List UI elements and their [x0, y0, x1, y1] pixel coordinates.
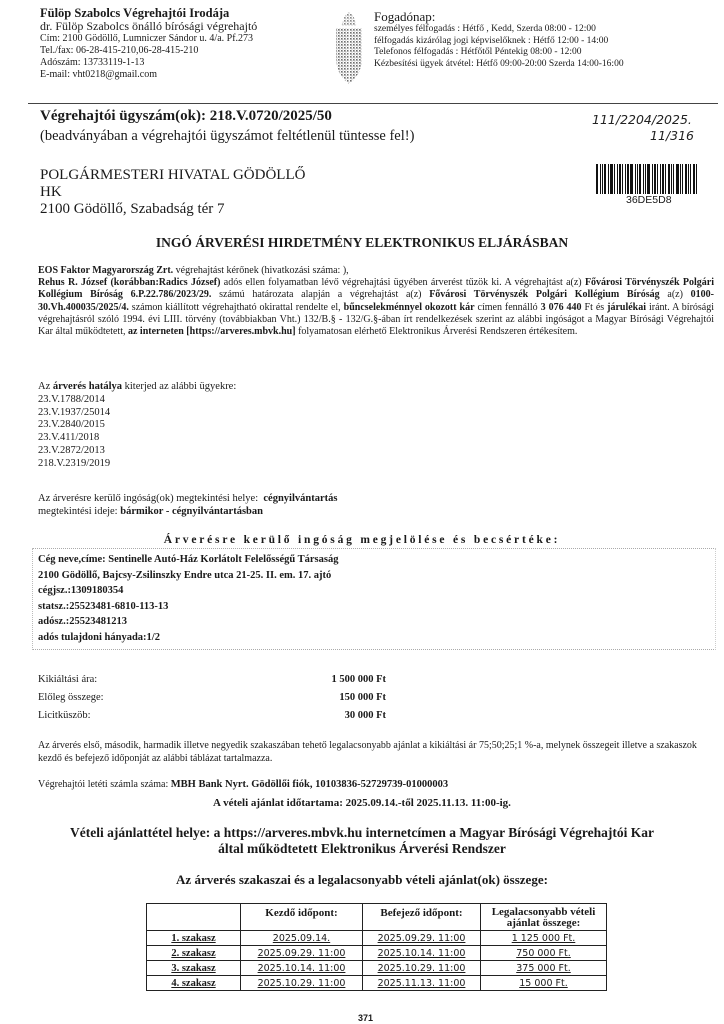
col-header-stage: [147, 904, 241, 931]
scope-case: 23.V.1788/2014: [38, 394, 236, 407]
office-phone: Tel./fax: 06-28-415-210,06-28-415-210: [40, 45, 310, 57]
stage-name: 1. szakasz: [147, 931, 241, 946]
auction-scope: Az árverés hatálya kiterjed az alábbi üg…: [38, 381, 236, 471]
scope-lead-text: Az: [38, 381, 53, 392]
stage-table-body: 1. szakasz2025.09.14.2025.09.29. 11:001 …: [147, 931, 607, 991]
reception-line: személyes félfogadás : Hétfő , Kedd, Sze…: [374, 24, 724, 36]
inspection-place-label: Az árverésre kerülő ingóság(ok) megtekin…: [38, 493, 258, 504]
account-value: MBH Bank Nyrt. Gödöllői fiók, 10103836-5…: [171, 779, 448, 790]
stage-min-offer: 750 000 Ft.: [481, 946, 607, 961]
scope-case: 23.V.1937/25014: [38, 407, 236, 420]
account-label: Végrehajtói letéti számla száma:: [38, 779, 171, 790]
price-list: Kikiáltási ára:1 500 000 FtElőleg összeg…: [38, 670, 386, 724]
intro-text: végrehajtást kérőnek (hivatkozási száma:…: [173, 265, 348, 276]
bidding-place-line: által működtetett Elektronikus Árverési …: [0, 841, 724, 857]
intro-text: adós ellen folyamatban lévő végrehajtási…: [220, 277, 584, 288]
intro-paragraph: EOS Faktor Magyarország Zrt. végrehajtás…: [38, 265, 714, 338]
fees: járulékai: [607, 302, 646, 313]
office-address: Cím: 2100 Gödöllő, Lumniczer Sándor u. 4…: [40, 33, 310, 45]
stage-row: 4. szakasz2025.10.29. 11:002025.11.13. 1…: [147, 976, 607, 991]
item-line: adós tulajdoni hányada:1/2: [38, 630, 338, 646]
price-row: Licitküszöb:30 000 Ft: [38, 706, 386, 724]
recipient-name: POLGÁRMESTERI HIVATAL GÖDÖLLŐ: [40, 167, 305, 184]
inspection-info: Az árverésre kerülő ingóság(ok) megtekin…: [38, 492, 337, 518]
stage-table-header: Kezdő időpont: Befejező időpont: Legalac…: [147, 904, 607, 931]
bailiff-name: dr. Fülöp Szabolcs önálló bírósági végre…: [40, 20, 310, 33]
price-value: 30 000 Ft: [210, 710, 386, 721]
stage-name: 3. szakasz: [147, 961, 241, 976]
debtor-name: Rehus R. József (korábban:Radics József): [38, 277, 220, 288]
scope-case: 23.V.2840/2015: [38, 419, 236, 432]
stage-name: 2. szakasz: [147, 946, 241, 961]
item-line: cégjsz.:1309180354: [38, 583, 338, 599]
inspection-time-label: megtekintési ideje:: [38, 506, 118, 517]
price-value: 1 500 000 Ft: [210, 674, 386, 685]
recipient-street: 2100 Gödöllő, Szabadság tér 7: [40, 201, 305, 218]
price-label: Kikiáltási ára:: [38, 674, 210, 685]
intro-text: számú határozata alapján a végrehajtást …: [211, 289, 429, 300]
stage-end: 2025.09.29. 11:00: [363, 931, 481, 946]
stage-row: 1. szakasz2025.09.14.2025.09.29. 11:001 …: [147, 931, 607, 946]
case-number-note: (beadványában a végrehajtói ügyszámot fe…: [40, 128, 414, 145]
item-line: Cég neve,címe: Sentinelle Autó-Ház Korlá…: [38, 552, 338, 568]
stage-start: 2025.10.29. 11:00: [241, 976, 363, 991]
stage-row: 2. szakasz2025.09.29. 11:002025.10.14. 1…: [147, 946, 607, 961]
inspection-place: Az árverésre kerülő ingóság(ok) megtekin…: [38, 492, 337, 505]
stage-name: 4. szakasz: [147, 976, 241, 991]
scope-case: 23.V.2872/2013: [38, 445, 236, 458]
page-number: 371: [358, 1013, 373, 1023]
claim-type: bűncselekménnyel okozott kár: [344, 302, 475, 313]
stage-min-offer: 1 125 000 Ft.: [481, 931, 607, 946]
price-row: Kikiáltási ára:1 500 000 Ft: [38, 670, 386, 688]
price-label: Licitküszöb:: [38, 710, 210, 721]
stage-start: 2025.09.14.: [241, 931, 363, 946]
bidding-place: Vételi ajánlattétel helye: a https://arv…: [0, 825, 724, 857]
office-name: Fülöp Szabolcs Végrehajtói Irodája: [40, 6, 310, 20]
coat-of-arms-icon: [332, 8, 366, 88]
stage-table-title: Az árverés szakaszai és a legalacsonyabb…: [0, 872, 724, 888]
col-header-min-offer-text: Legalacsonyabb vételi ajánlat összege:: [492, 906, 596, 929]
inspection-time-value: bármikor - cégnyilvántartásban: [120, 506, 263, 517]
scope-lead-bold: árverés hatálya: [53, 381, 122, 392]
col-header-end: Befejező időpont:: [363, 904, 481, 931]
col-header-start: Kezdő időpont:: [241, 904, 363, 931]
scope-case: 23.V.411/2018: [38, 432, 236, 445]
stage-end: 2025.10.14. 11:00: [363, 946, 481, 961]
office-tax-id: Adószám: 13733119-1-13: [40, 57, 310, 69]
scope-lead-text: kiterjed az alábbi ügyekre:: [122, 381, 236, 392]
col-header-min-offer: Legalacsonyabb vételi ajánlat összege:: [481, 904, 607, 931]
reception-line: félfogadás kizárólag jogi képviselőknek …: [374, 36, 724, 48]
intro-text: folyamatosan elérhető Elektronikus Árver…: [296, 326, 578, 337]
reception-title: Fogadónap:: [374, 10, 724, 24]
stage-end: 2025.10.29. 11:00: [363, 961, 481, 976]
office-email: E-mail: vht0218@gmail.com: [40, 69, 310, 81]
stage-start: 2025.09.29. 11:00: [241, 946, 363, 961]
scope-case: 218.V.2319/2019: [38, 458, 236, 471]
recipient-address: POLGÁRMESTERI HIVATAL GÖDÖLLŐ HK 2100 Gö…: [40, 167, 305, 218]
price-label: Előleg összege:: [38, 692, 210, 703]
stage-table: Kezdő időpont: Befejező időpont: Legalac…: [146, 903, 607, 991]
stage-min-offer: 375 000 Ft.: [481, 961, 607, 976]
intro-text: a(z): [660, 289, 691, 300]
handwritten-line: 111/2204/2025.: [592, 112, 694, 128]
reception-hours: Fogadónap: személyes félfogadás : Hétfő …: [374, 10, 724, 70]
recipient-dept: HK: [40, 184, 305, 201]
stage-end: 2025.11.13. 11:00: [363, 976, 481, 991]
scope-case-list: 23.V.1788/201423.V.1937/2501423.V.2840/2…: [38, 394, 236, 471]
item-heading: Árverésre kerülő ingóság megjelölése és …: [0, 534, 724, 546]
reception-line: Telefonos félfogadás : Hétfőtől Péntekig…: [374, 47, 724, 59]
inspection-time: megtekintési ideje: bármikor - cégnyilvá…: [38, 505, 337, 518]
barcode-icon: [596, 164, 706, 194]
price-value: 150 000 Ft: [210, 692, 386, 703]
stage-row: 3. szakasz2025.10.14. 11:002025.10.29. 1…: [147, 961, 607, 976]
price-row: Előleg összege:150 000 Ft: [38, 688, 386, 706]
barcode-text: 36DE5D8: [626, 194, 672, 206]
inspection-place-value: cégnyilvántartás: [263, 493, 337, 504]
item-line: adósz.:25523481213: [38, 614, 338, 630]
item-description: Cég neve,címe: Sentinelle Autó-Ház Korlá…: [38, 552, 338, 645]
creditor-name: EOS Faktor Magyarország Zrt.: [38, 265, 173, 276]
escrow-account: Végrehajtói letéti számla száma: MBH Ban…: [38, 779, 448, 790]
item-line: 2100 Gödöllő, Bajcsy-Zsilinszky Endre ut…: [38, 568, 338, 584]
court-name: Fővárosi Törvényszék Polgári Kollégium B…: [429, 289, 659, 300]
stage-min-offer: 15 000 Ft.: [481, 976, 607, 991]
stages-note: Az árverés első, második, harmadik illet…: [38, 739, 714, 765]
scope-lead: Az árverés hatálya kiterjed az alábbi üg…: [38, 381, 236, 394]
reception-line: Kézbesítési ügyek átvétel: Hétfő 09:00-2…: [374, 59, 724, 71]
stage-start: 2025.10.14. 11:00: [241, 961, 363, 976]
intro-text: számon kiállított végrehajtható okiratta…: [129, 302, 344, 313]
handwritten-registry-note: 111/2204/2025. 11/316: [592, 112, 694, 144]
document-title: INGÓ ÁRVERÉSI HIRDETMÉNY ELEKTRONIKUS EL…: [0, 235, 724, 251]
item-line: statsz.:25523481-6810-113-13: [38, 599, 338, 615]
office-header: Fülöp Szabolcs Végrehajtói Irodája dr. F…: [40, 6, 310, 81]
handwritten-line: 11/316: [592, 128, 694, 144]
intro-text: Ft és: [582, 302, 608, 313]
bidding-place-line: Vételi ajánlattétel helye: a https://arv…: [0, 825, 724, 841]
claim-amount: 3 076 440: [541, 302, 582, 313]
case-number: Végrehajtói ügyszám(ok): 218.V.0720/2025…: [40, 108, 332, 125]
auction-website-link[interactable]: az interneten [https://arveres.mbvk.hu]: [128, 326, 296, 337]
header-divider: [28, 103, 718, 104]
offer-period: A vételi ajánlat időtartama: 2025.09.14.…: [0, 797, 724, 809]
intro-text: címen fennálló: [475, 302, 541, 313]
